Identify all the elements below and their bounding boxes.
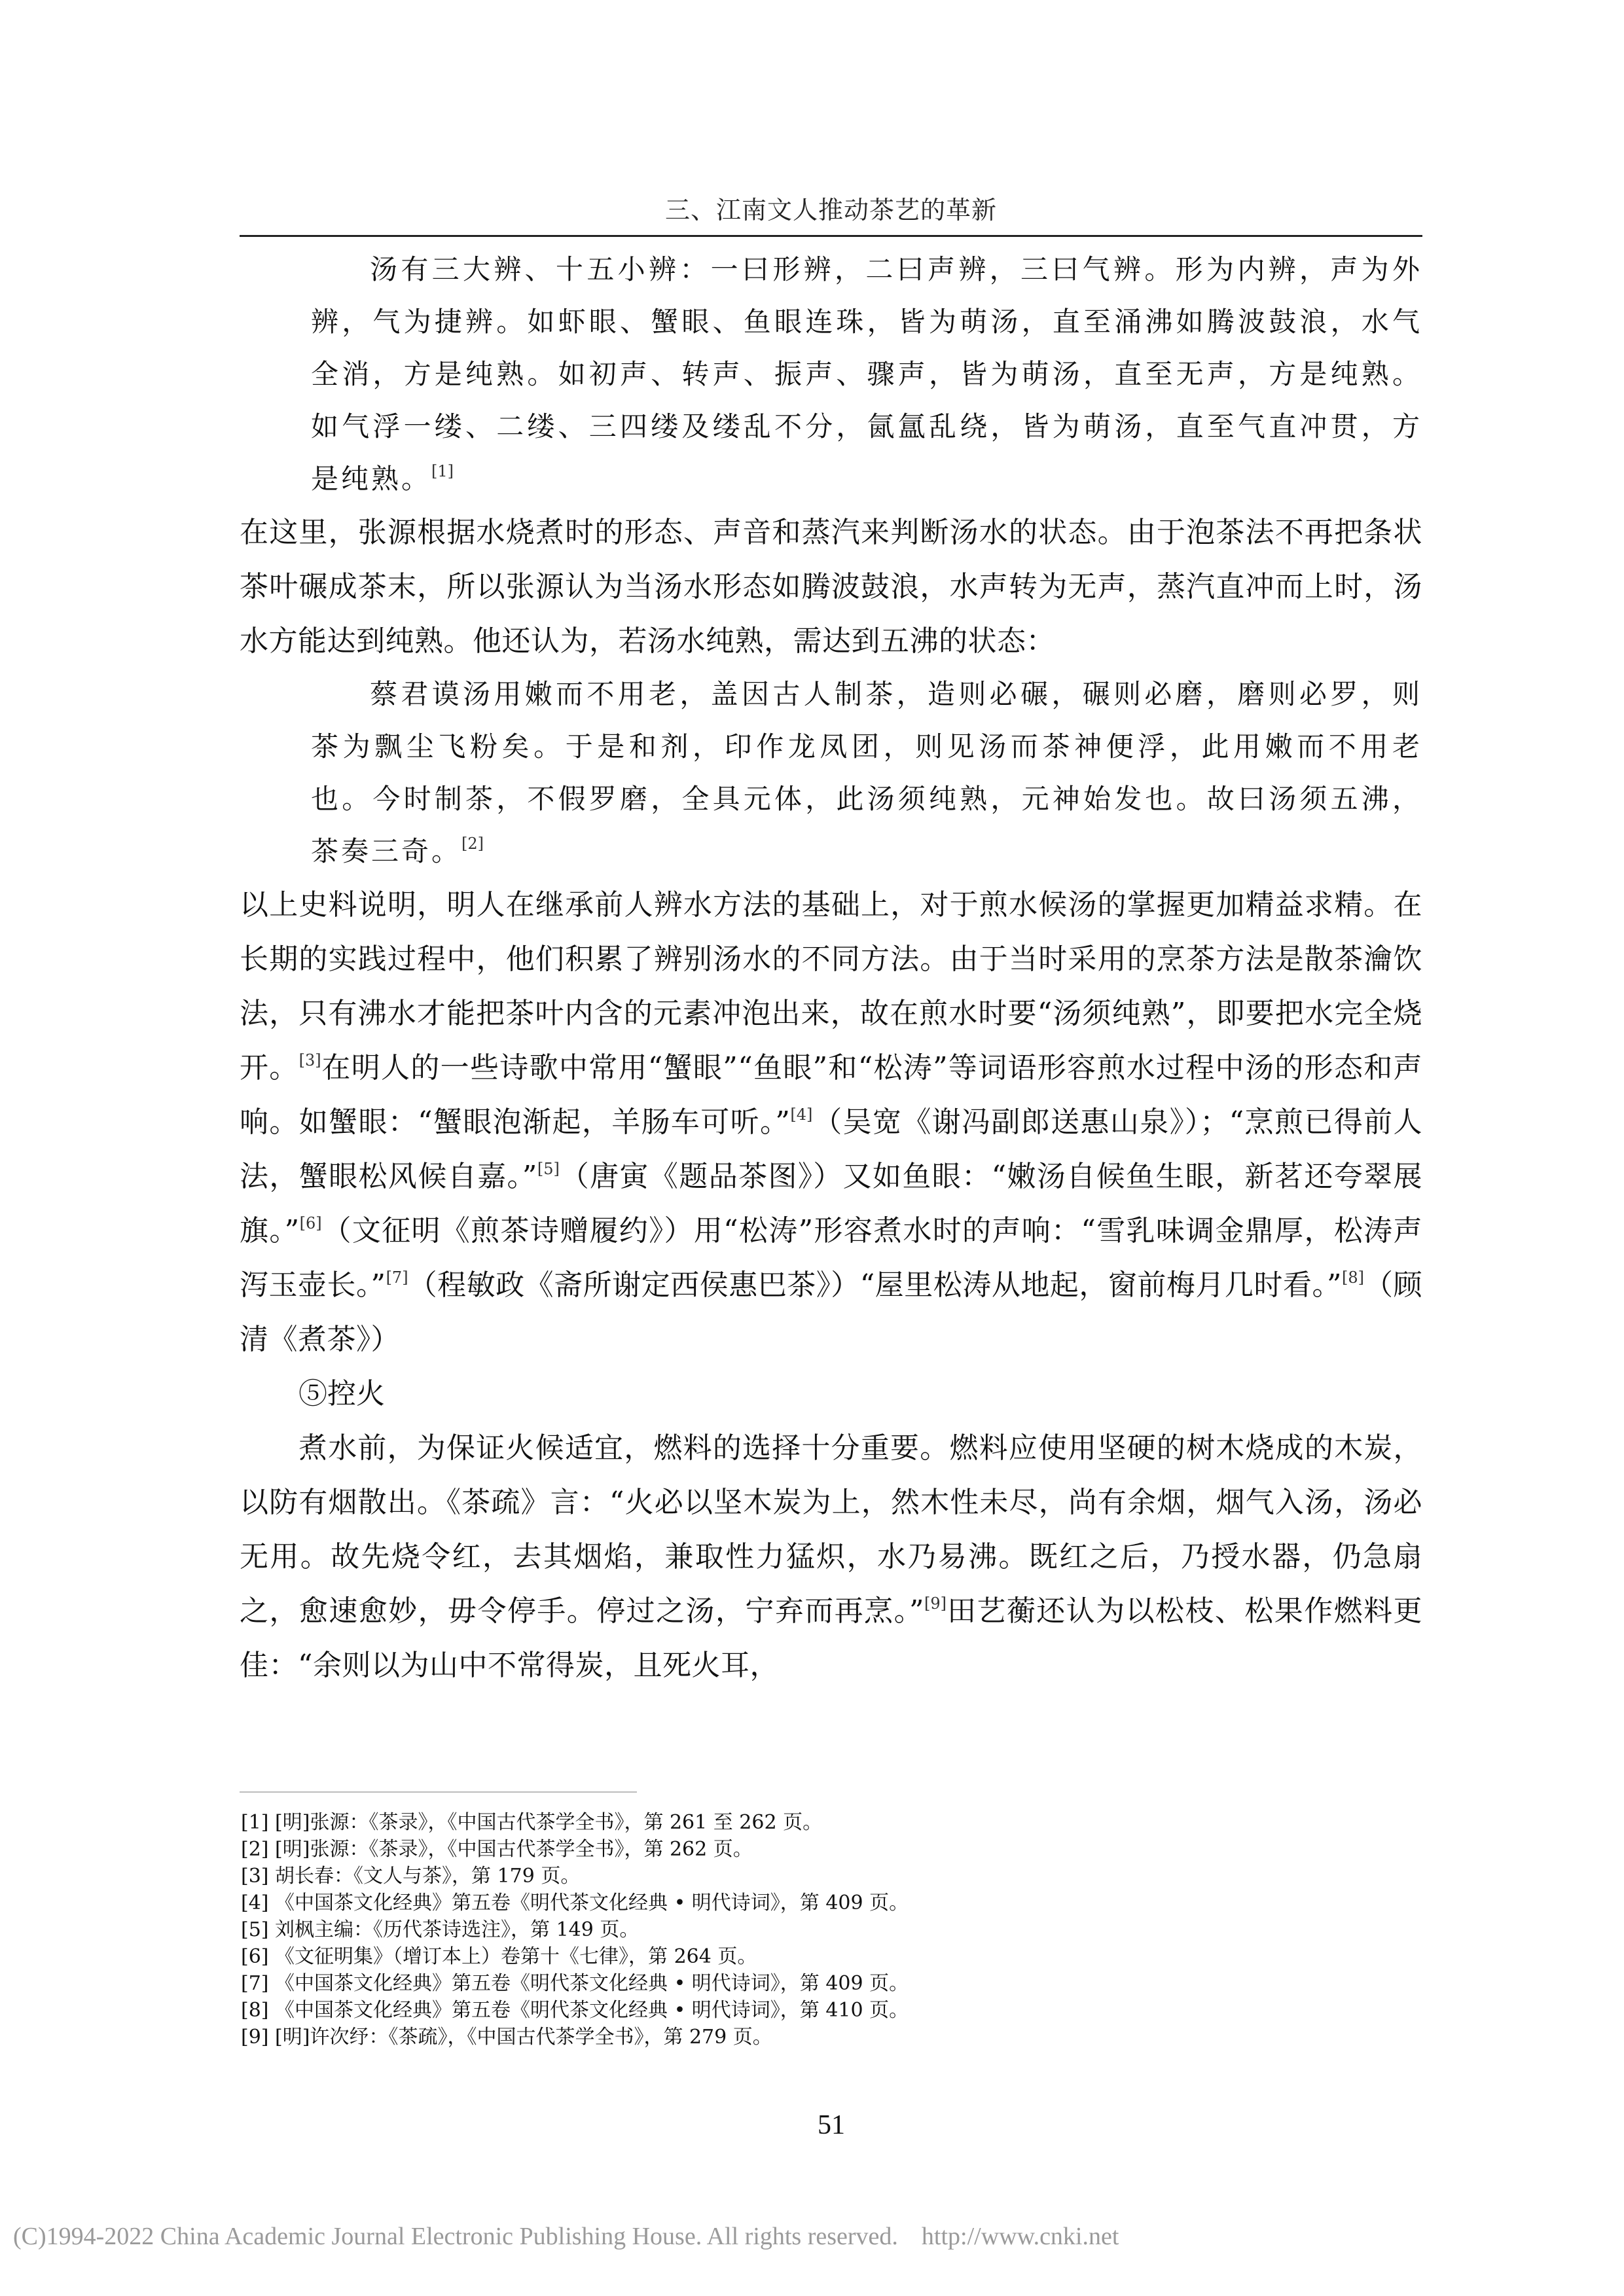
paragraph-text: （程敏政《斋所谢定西侯惠巴茶》）“屋里松涛从地起，窗前梅月几时看。” <box>408 1268 1342 1302</box>
footnote-ref[interactable]: [2] <box>461 834 484 853</box>
footnote-ref[interactable]: [4] <box>790 1105 812 1124</box>
block-quote-2: 蔡君谟汤用嫩而不用老，盖因古人制茶，造则必碾，碾则必磨，磨则必罗，则茶为飘尘飞粉… <box>240 668 1422 878</box>
footnote-separator <box>240 1791 637 1793</box>
footnote-7: [7] 《中国茶文化经典》第五卷《明代茶文化经典 • 明代诗词》，第 409 页… <box>241 1970 1223 1997</box>
cnki-link[interactable]: http://www.cnki.net <box>922 2223 1119 2250</box>
paragraph-1: 在这里，张源根据水烧煮时的形态、声音和蒸汽来判断汤水的状态。由于泡茶法不再把条状… <box>240 505 1422 668</box>
paragraph-3: 煮水前，为保证火候适宜，燃料的选择十分重要。燃料应使用坚硬的树木烧成的木炭，以防… <box>240 1421 1422 1693</box>
footnote-2: [2] [明]张源：《茶录》，《中国古代茶学全书》，第 262 页。 <box>241 1836 1223 1863</box>
copyright-text: (C)1994-2022 China Academic Journal Elec… <box>13 2223 898 2250</box>
page-number: 51 <box>772 2109 890 2142</box>
footnote-1: [1] [明]张源：《茶录》，《中国古代茶学全书》，第 261 至 262 页。 <box>241 1809 1223 1836</box>
footnote-ref[interactable]: [3] <box>299 1051 321 1069</box>
quote-text: 汤有三大辨、十五小辨：一曰形辨，二曰声辨，三曰气辨。形为内辨，声为外辨，气为捷辨… <box>311 253 1422 495</box>
header-rule <box>240 235 1422 237</box>
footnote-5: [5] 刘枫主编：《历代茶诗选注》，第 149 页。 <box>241 1916 1223 1943</box>
footnote-6: [6] 《文征明集》（增订本上）卷第十《七律》，第 264 页。 <box>241 1943 1223 1970</box>
footnote-4: [4] 《中国茶文化经典》第五卷《明代茶文化经典 • 明代诗词》，第 409 页… <box>241 1890 1223 1916</box>
footnotes: [1] [明]张源：《茶录》，《中国古代茶学全书》，第 261 至 262 页。… <box>241 1809 1223 2051</box>
footnote-ref[interactable]: [9] <box>924 1594 947 1613</box>
footnote-ref[interactable]: [5] <box>537 1160 560 1178</box>
document-page: 三、江南文人推动茶艺的革新 汤有三大辨、十五小辨：一曰形辨，二曰声辨，三曰气辨。… <box>0 0 1624 2296</box>
body-text: 汤有三大辨、十五小辨：一曰形辨，二曰声辨，三曰气辨。形为内辨，声为外辨，气为捷辨… <box>240 243 1422 1693</box>
footnote-ref[interactable]: [1] <box>431 462 454 480</box>
paragraph-2: 以上史料说明，明人在继承前人辨水方法的基础上，对于煎水候汤的掌握更加精益求精。在… <box>240 878 1422 1367</box>
running-head: 三、江南文人推动茶艺的革新 <box>240 194 1422 226</box>
footnote-ref[interactable]: [8] <box>1342 1268 1364 1287</box>
copyright-footer: (C)1994-2022 China Academic Journal Elec… <box>13 2220 1119 2253</box>
footnote-9: [9] [明]许次纾：《茶疏》，《中国古代茶学全书》，第 279 页。 <box>241 2024 1223 2051</box>
block-quote-1: 汤有三大辨、十五小辨：一曰形辨，二曰声辨，三曰气辨。形为内辨，声为外辨，气为捷辨… <box>240 243 1422 505</box>
footnote-3: [3] 胡长春：《文人与茶》，第 179 页。 <box>241 1863 1223 1890</box>
paragraph-text: 在这里，张源根据水烧煮时的形态、声音和蒸汽来判断汤水的状态。由于泡茶法不再把条状… <box>240 516 1422 658</box>
footnote-ref[interactable]: [6] <box>300 1214 322 1232</box>
footnote-ref[interactable]: [7] <box>386 1268 408 1287</box>
footnote-8: [8] 《中国茶文化经典》第五卷《明代茶文化经典 • 明代诗词》，第 410 页… <box>241 1997 1223 2024</box>
section-subheading: ⑤控火 <box>240 1367 1422 1421</box>
